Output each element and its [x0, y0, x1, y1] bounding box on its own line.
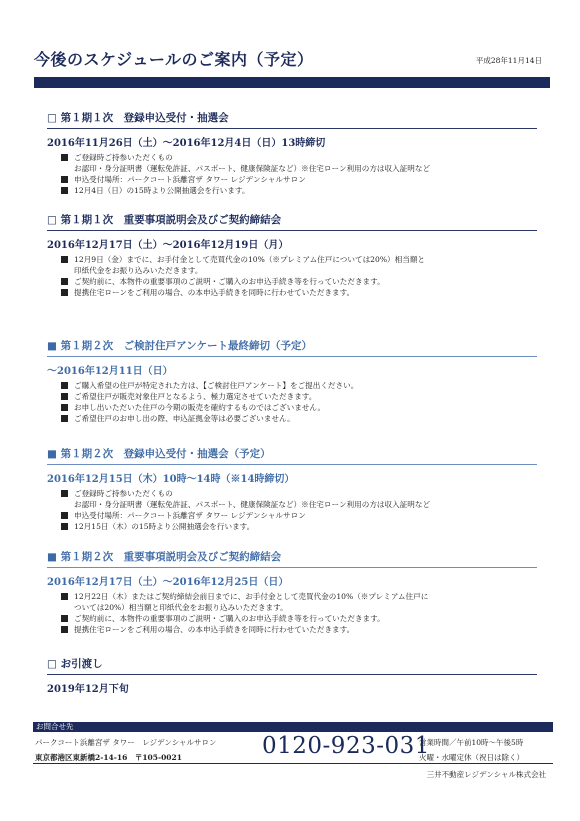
square-bullet-icon	[61, 404, 68, 411]
section-heading: □ 第１期１次 登録申込受付・抽選会	[47, 110, 537, 129]
list-item: 提携住宅ローンをご利用の場合、の本申込手続きを同時に行わせていただきます。	[61, 287, 537, 298]
section-heading: □ 第１期１次 重要事項説明会及びご契約締結会	[47, 212, 537, 231]
list-item: ご希望住戸のお申し出の際、申込証拠金等は必要ございません。	[61, 413, 537, 424]
square-bullet-icon	[61, 154, 68, 161]
list-item: 12月9日（金）までに、お手付金として売買代金の10%（※プレミアム住戸について…	[61, 254, 537, 276]
section-heading: ■ 第１期２次 重要事項説明会及びご契約締結会	[47, 549, 537, 568]
square-bullet-icon	[61, 289, 68, 296]
checkbox-marker-icon: □	[47, 658, 57, 670]
section-heading: □ お引渡し	[47, 656, 537, 675]
square-bullet-icon	[61, 176, 68, 183]
business-hours: 営業時間／午前10時～午後5時	[419, 737, 523, 748]
section-1-1-registration: □ 第１期１次 登録申込受付・抽選会 2016年11月26日（土）～2016年1…	[47, 110, 537, 196]
square-bullet-icon	[61, 490, 68, 497]
closed-days: 火曜・水曜定休（祝日は除く）	[419, 752, 524, 763]
list-item: ご契約前に、本物件の重要事項のご説明・ご購入のお申込手続き等を行っていただきます…	[61, 276, 537, 287]
section-heading: ■ 第１期２次 登録申込受付・抽選会（予定）	[47, 446, 537, 465]
square-bullet-icon	[61, 393, 68, 400]
list-item: ご購入希望の住戸が特定された方は、【ご検討住戸アンケート】をご提出ください。	[61, 380, 537, 391]
list-item: ご登録時ご持参いただくものお認印・身分証明書（運転免許証、パスポート、健康保険証…	[61, 488, 537, 510]
checkbox-marker-icon: □	[47, 214, 57, 226]
section-1-2-registration: ■ 第１期２次 登録申込受付・抽選会（予定） 2016年12月15日（木）10時…	[47, 446, 537, 532]
square-bullet-icon	[61, 523, 68, 530]
checkbox-marker-icon: □	[47, 112, 57, 124]
salon-address: 東京都港区東新橋2-14-16 〒105-0021	[35, 752, 182, 763]
header-bar	[34, 77, 550, 88]
list-item: ご契約前に、本物件の重要事項のご説明・ご購入のお申込手続き等を行っていただきます…	[61, 613, 537, 624]
square-bullet-icon	[61, 626, 68, 633]
section-1-1-contract: □ 第１期１次 重要事項説明会及びご契約締結会 2016年12月17日（土）～2…	[47, 212, 537, 298]
section-heading: ■ 第１期２次 ご検討住戸アンケート最終締切（予定）	[47, 338, 537, 357]
section-1-2-survey: ■ 第１期２次 ご検討住戸アンケート最終締切（予定） ～2016年12月11日（…	[47, 338, 537, 424]
salon-name: パークコート浜離宮ザ タワー レジデンシャルサロン	[35, 737, 217, 748]
square-bullet-icon	[61, 256, 68, 263]
square-bullet-icon	[61, 512, 68, 519]
list-item: ご登録時ご持参いただくものお認印・身分証明書（運転免許証、パスポート、健康保険証…	[61, 152, 537, 174]
contact-label-bar: お問合せ先	[33, 722, 553, 732]
section-handover: □ お引渡し 2019年12月下旬	[47, 656, 537, 695]
section-1-2-contract: ■ 第１期２次 重要事項説明会及びご契約締結会 2016年12月17日（土）～2…	[47, 549, 537, 635]
filled-square-marker-icon: ■	[47, 551, 57, 563]
issued-date: 平成28年11月14日	[476, 55, 542, 66]
page-title: 今後のスケジュールのご案内（予定）	[34, 47, 314, 70]
square-bullet-icon	[61, 615, 68, 622]
list-item: 12月22日（木）またはご契約締結会前日までに、お手付金として売買代金の10%（…	[61, 591, 537, 613]
filled-square-marker-icon: ■	[47, 448, 57, 460]
square-bullet-icon	[61, 278, 68, 285]
section-date: 2016年12月17日（土）～2016年12月19日（月）	[47, 236, 537, 251]
square-bullet-icon	[61, 187, 68, 194]
section-date: 2016年12月17日（土）～2016年12月25日（日）	[47, 573, 537, 588]
section-date: 2016年11月26日（土）～2016年12月4日（日）13時締切	[47, 134, 537, 149]
square-bullet-icon	[61, 415, 68, 422]
phone-number[interactable]: 0120-923-031	[262, 733, 430, 759]
list-item: 申込受付場所：パークコート浜離宮ザ タワー レジデンシャルサロン	[61, 174, 537, 185]
section-date: 2019年12月下旬	[47, 680, 537, 695]
filled-square-marker-icon: ■	[47, 340, 57, 352]
square-bullet-icon	[61, 382, 68, 389]
list-item: 12月4日（日）の15時より公開抽選会を行います。	[61, 185, 537, 196]
list-item: お申し出いただいた住戸の今期の販売を確約するものではございません。	[61, 402, 537, 413]
list-item: 提携住宅ローンをご利用の場合、の本申込手続きを同時に行わせていただきます。	[61, 624, 537, 635]
list-item: 申込受付場所：パークコート浜離宮ザ タワー レジデンシャルサロン	[61, 510, 537, 521]
section-date: ～2016年12月11日（日）	[47, 362, 537, 377]
footer-divider	[33, 763, 553, 764]
list-item: 12月15日（木）の15時より公開抽選会を行います。	[61, 521, 537, 532]
square-bullet-icon	[61, 593, 68, 600]
section-date: 2016年12月15日（木）10時～14時（※14時締切）	[47, 470, 537, 485]
list-item: ご希望住戸が販売対象住戸となるよう、極力選定させていただきます。	[61, 391, 537, 402]
company-name: 三井不動産レジデンシャル株式会社	[427, 769, 546, 780]
